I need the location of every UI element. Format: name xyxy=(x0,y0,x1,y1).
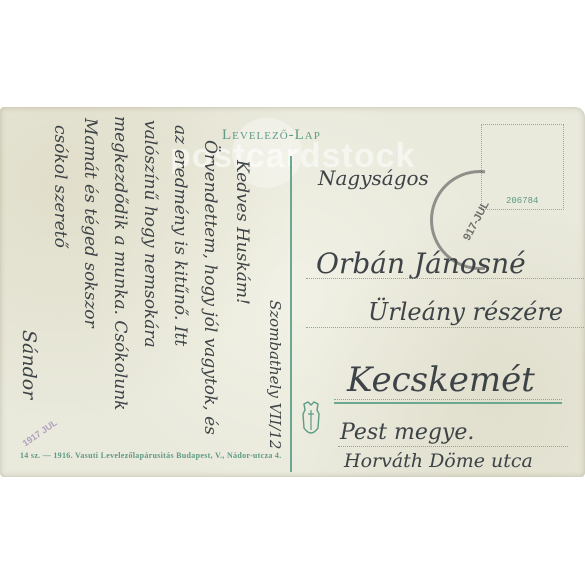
address-salutation: Nagyságos xyxy=(318,166,429,190)
message-signature: Sándor xyxy=(18,330,40,399)
center-divider xyxy=(290,156,292,472)
address-county: Pest megye. xyxy=(340,420,474,445)
address-line-3-underline xyxy=(334,402,562,404)
address-line-1 xyxy=(306,278,584,279)
message-line: csókol szerető xyxy=(50,125,70,248)
address-line-2 xyxy=(306,327,584,328)
address-name: Orbán Jánosné xyxy=(316,247,526,280)
message-line: megkezdődik a munka. Csókolunk xyxy=(110,116,130,410)
address-line-3 xyxy=(334,399,562,400)
stamp-box-number: 206784 xyxy=(506,196,538,206)
message-line: valószínű hogy nemsokára xyxy=(140,120,160,348)
message-place-date: Szombathely VII/12 xyxy=(266,300,284,449)
address-care-of: Ürleány részére xyxy=(368,298,563,326)
crest-icon xyxy=(300,400,322,440)
footer-imprint: 14 sz. — 1916. Vasuti Levelezőlapárusitá… xyxy=(20,451,282,460)
address-street: Horváth Döme utca xyxy=(344,450,533,472)
message-line: Mamát és téged sokszor xyxy=(80,118,100,328)
address-city: Kecskemét xyxy=(347,360,535,400)
message-line: Kedves Huskám! xyxy=(232,160,252,305)
address-line-4 xyxy=(338,446,568,447)
message-line: Örvendettem, hogy jól vagytok, és xyxy=(200,140,220,435)
postcard-title: Levelező-Lap xyxy=(222,127,321,144)
message-line: az eredmény is kitűnő. Itt xyxy=(170,125,190,346)
